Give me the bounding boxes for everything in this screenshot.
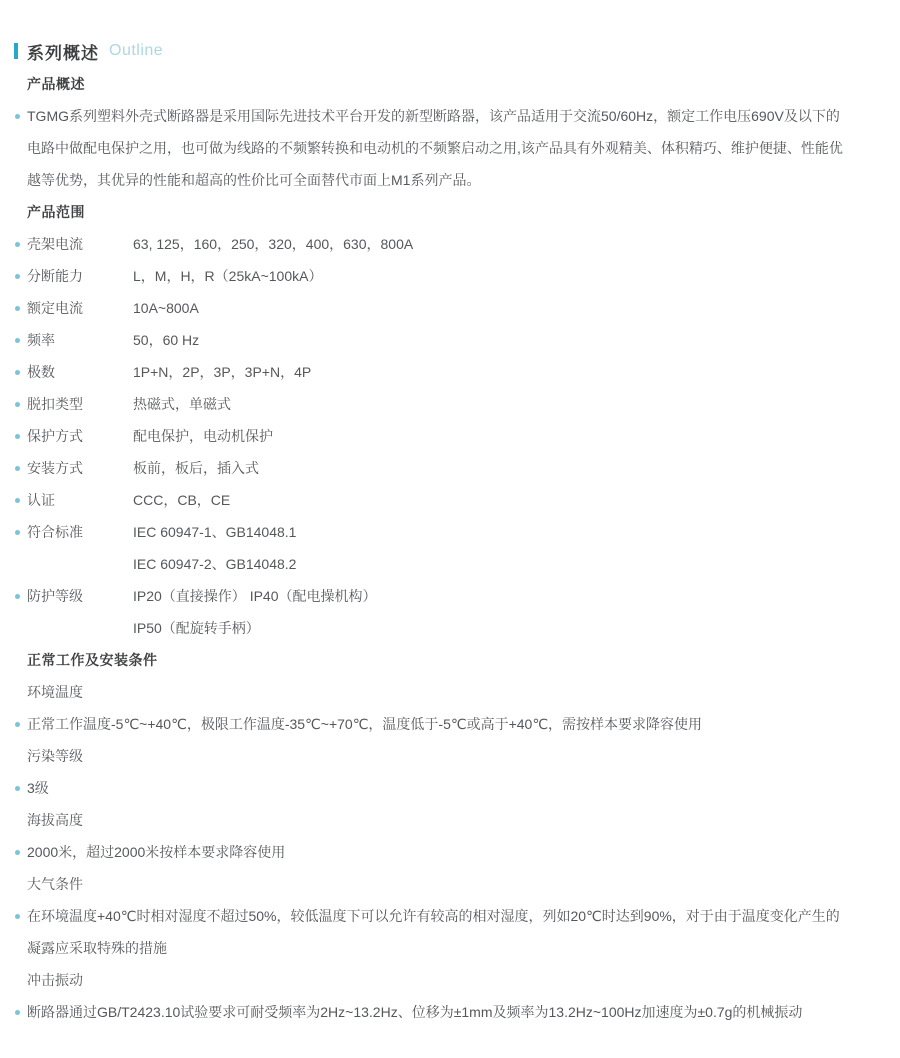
spec-label: 符合标准 (27, 516, 133, 548)
spec-value: CCC，CB，CE (133, 484, 845, 516)
bullet-icon (15, 498, 20, 503)
condition-item-pollution-level: 3级 (27, 772, 845, 804)
condition-text: 断路器通过GB/T2423.10试验要求可耐受频率为2Hz~13.2Hz、位移为… (27, 1004, 802, 1020)
spec-label: 频率 (27, 324, 133, 356)
bullet-icon (15, 370, 20, 375)
spec-row-poles: 极数 1P+N，2P，3P，3P+N，4P (27, 356, 845, 388)
condition-item-humidity: 在环境温度+40℃时相对湿度不超过50%，较低温度下可以允许有较高的相对湿度，列… (27, 900, 845, 964)
bullet-icon (15, 722, 20, 727)
accent-bar-icon (14, 43, 18, 59)
overview-paragraph-item: TGMG系列塑料外壳式断路器是采用国际先进技术平台开发的新型断路器，该产品适用于… (27, 100, 845, 196)
spec-row-protection-mode: 保护方式 配电保护，电动机保护 (27, 420, 845, 452)
condition-text: 3级 (27, 780, 49, 796)
spec-value: 50，60 Hz (133, 324, 845, 356)
spec-row-standards-cont: IEC 60947-2、GB14048.2 (27, 548, 845, 580)
spec-value: IEC 60947-2、GB14048.2 (133, 548, 845, 580)
spec-value: 63, 125，160，250，320，400，630，800A (133, 228, 845, 260)
bullet-icon (15, 594, 20, 599)
spec-row-frequency: 频率 50，60 Hz (27, 324, 845, 356)
section-header: 系列概述 Outline (14, 42, 900, 60)
spec-label: 极数 (27, 356, 133, 388)
spec-row-certification: 认证 CCC，CB，CE (27, 484, 845, 516)
condition-text: 正常工作温度-5℃~+40℃，极限工作温度-35℃~+70℃，温度低于-5℃或高… (27, 716, 702, 732)
bullet-icon (15, 434, 20, 439)
condition-subheading-ambient-temp: 环境温度 (27, 676, 845, 708)
spec-row-rated-current: 额定电流 10A~800A (27, 292, 845, 324)
section-title-cn: 系列概述 (27, 39, 99, 64)
bullet-icon (15, 306, 20, 311)
spec-label: 防护等级 (27, 580, 133, 612)
spec-label: 壳架电流 (27, 228, 133, 260)
spec-row-breaking-capacity: 分断能力 L，M，H，R（25kA~100kA） (27, 260, 845, 292)
section-title-en: Outline (109, 42, 163, 60)
spec-label: 分断能力 (27, 260, 133, 292)
bullet-icon (15, 850, 20, 855)
spec-label: 安装方式 (27, 452, 133, 484)
spec-label: 脱扣类型 (27, 388, 133, 420)
heading-product-range: 产品范围 (27, 196, 845, 228)
page-content: 产品概述 TGMG系列塑料外壳式断路器是采用国际先进技术平台开发的新型断路器，该… (27, 68, 845, 1028)
bullet-icon (15, 786, 20, 791)
spec-row-trip-type: 脱扣类型 热磁式，单磁式 (27, 388, 845, 420)
condition-item-temp-range: 正常工作温度-5℃~+40℃，极限工作温度-35℃~+70℃，温度低于-5℃或高… (27, 708, 845, 740)
condition-text: 在环境温度+40℃时相对湿度不超过50%，较低温度下可以允许有较高的相对湿度，列… (27, 908, 840, 956)
spec-value: 10A~800A (133, 292, 845, 324)
condition-subheading-altitude: 海拔高度 (27, 804, 845, 836)
spec-label: 保护方式 (27, 420, 133, 452)
spec-row-standards: 符合标准 IEC 60947-1、GB14048.1 (27, 516, 845, 548)
spec-value: 热磁式，单磁式 (133, 388, 845, 420)
bullet-icon (15, 466, 20, 471)
spec-label: 认证 (27, 484, 133, 516)
spec-value: L，M，H，R（25kA~100kA） (133, 260, 845, 292)
spec-value: IP20（直接操作） IP40（配电操机构） (133, 580, 845, 612)
condition-item-altitude: 2000米，超过2000米按样本要求降容使用 (27, 836, 845, 868)
spec-label-spacer (27, 548, 133, 580)
bullet-icon (15, 530, 20, 535)
bullet-icon (15, 242, 20, 247)
spec-value: 板前，板后，插入式 (133, 452, 845, 484)
bullet-icon (15, 338, 20, 343)
condition-subheading-shock-vibration: 冲击振动 (27, 964, 845, 996)
overview-paragraph-text: TGMG系列塑料外壳式断路器是采用国际先进技术平台开发的新型断路器，该产品适用于… (27, 108, 843, 188)
spec-value: IEC 60947-1、GB14048.1 (133, 516, 845, 548)
spec-label-spacer (27, 612, 133, 644)
spec-row-mounting: 安装方式 板前，板后，插入式 (27, 452, 845, 484)
condition-subheading-pollution: 污染等级 (27, 740, 845, 772)
heading-product-overview: 产品概述 (27, 68, 845, 100)
spec-label: 额定电流 (27, 292, 133, 324)
condition-text: 2000米，超过2000米按样本要求降容使用 (27, 844, 285, 860)
condition-item-vibration: 断路器通过GB/T2423.10试验要求可耐受频率为2Hz~13.2Hz、位移为… (27, 996, 845, 1028)
spec-value: 配电保护，电动机保护 (133, 420, 845, 452)
spec-value: IP50（配旋转手柄） (133, 612, 845, 644)
spec-value: 1P+N，2P，3P，3P+N，4P (133, 356, 845, 388)
condition-subheading-atmosphere: 大气条件 (27, 868, 845, 900)
product-spec-page: 系列概述 Outline 产品概述 TGMG系列塑料外壳式断路器是采用国际先进技… (0, 42, 900, 1028)
spec-row-ip-rating: 防护等级 IP20（直接操作） IP40（配电操机构） (27, 580, 845, 612)
spec-row-frame-current: 壳架电流 63, 125，160，250，320，400，630，800A (27, 228, 845, 260)
bullet-icon (15, 274, 20, 279)
bullet-icon (15, 1010, 20, 1015)
bullet-icon (15, 402, 20, 407)
bullet-icon (15, 114, 20, 119)
bullet-icon (15, 914, 20, 919)
heading-working-conditions: 正常工作及安装条件 (27, 644, 845, 676)
spec-row-ip-rating-cont: IP50（配旋转手柄） (27, 612, 845, 644)
